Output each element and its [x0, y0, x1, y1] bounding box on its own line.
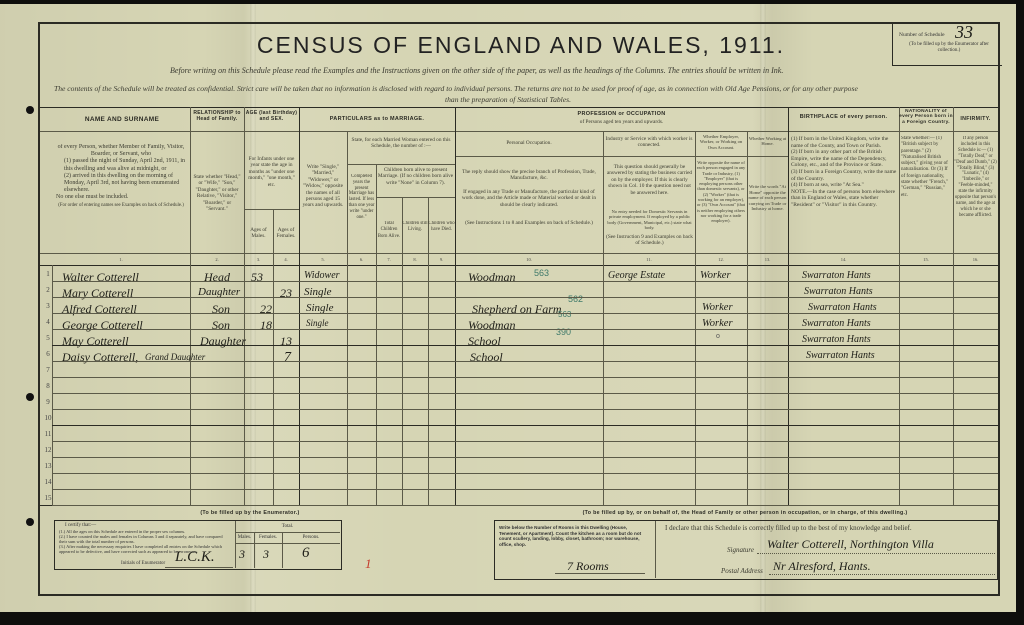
children-died-label: Children who have Died.: [428, 221, 455, 234]
col-divider: [603, 131, 604, 505]
enumerator-heading: (To be filled up by the Enumerator.): [100, 510, 400, 517]
row-4-name[interactable]: George Cotterell: [62, 318, 143, 333]
married-woman-desc: State, for each Married Woman entered on…: [348, 137, 454, 150]
punch-hole: [26, 518, 34, 526]
row-5-age-female[interactable]: 13: [280, 334, 292, 349]
row-number: 8: [42, 382, 54, 390]
heading-infirmity: INFIRMITY.: [953, 116, 998, 123]
row-rule: [52, 473, 998, 474]
header-top-rule: [40, 107, 998, 108]
head-of-family-box: Write below the Number of Rooms in this …: [494, 520, 998, 580]
row-6-name[interactable]: Daisy Cotterell,: [62, 350, 138, 365]
persons-label: Persons.: [282, 535, 340, 541]
row-rule: [52, 409, 998, 410]
col-divider: [788, 107, 789, 505]
totals-rule: [235, 532, 340, 533]
confidential-line-2: than the preparation of Statistical Tabl…: [445, 95, 571, 104]
personal-desc-3: (See Instructions 1 to 8 and Examples on…: [458, 220, 600, 226]
row-rule: [52, 505, 998, 506]
colnum-5: 5.: [299, 257, 347, 262]
row-rule: [52, 393, 998, 394]
row-rule: [52, 313, 998, 314]
colnum-13: 13.: [747, 257, 788, 262]
col-divider: [190, 107, 191, 505]
married-woman-rule: [347, 164, 455, 165]
enumerator-certificate-box: I certify that:— (1.) All the ages on th…: [54, 520, 342, 570]
profession-subheading: of Persons aged ten years and upwards.: [455, 119, 788, 125]
head-of-family-heading: (To be filled up by, or on behalf of, th…: [495, 510, 995, 517]
row-number: 2: [42, 286, 54, 294]
col-divider: [376, 164, 377, 505]
row-5-birthplace[interactable]: Swarraton Hants: [802, 334, 871, 345]
col-divider: [273, 209, 274, 505]
row-number: 10: [42, 414, 54, 422]
total-children-label: Total Children Born Alive.: [376, 221, 402, 240]
col-divider: [899, 107, 900, 505]
colnum-15: 15.: [899, 257, 953, 262]
row-number: 6: [42, 350, 54, 358]
rooms-instructions: Write below the Number of Rooms in this …: [499, 525, 649, 547]
address-line: [769, 574, 995, 575]
row-number: 7: [42, 366, 54, 374]
children-born-desc: Children born alive to present Marriage.…: [377, 167, 454, 186]
punch-hole: [26, 106, 34, 114]
infirmity-desc: If any person included in this Schedule …: [954, 136, 997, 219]
employer-label: Whether Employer, Worker, or Working on …: [696, 134, 746, 150]
heading-marriage: PARTICULARS as to MARRIAGE.: [299, 116, 455, 123]
row-4-occupation-code: 563: [558, 310, 571, 319]
children-rule: [376, 197, 455, 198]
postal-address-value[interactable]: Nr Alresford, Hants.: [773, 559, 871, 574]
row-rule: [52, 425, 998, 426]
row-number: 9: [42, 398, 54, 406]
row-5-occupation[interactable]: School: [468, 334, 501, 349]
row-number: 1: [42, 270, 54, 278]
row-rule: [52, 457, 998, 458]
home-label: Whether Working at Home.: [748, 136, 787, 147]
total-persons[interactable]: 6: [302, 545, 310, 562]
row-rule: [52, 361, 998, 362]
row-5-employer-mark: o: [716, 333, 720, 340]
row-4-age-male[interactable]: 18: [260, 318, 272, 333]
schedule-number-note: (To be filled up by the Enumerator after…: [899, 42, 999, 54]
signature-line: [757, 553, 995, 554]
row-5-name[interactable]: May Cotterell: [62, 334, 129, 349]
col-divider: [455, 107, 456, 505]
birthplace-desc: (1) If born in the United Kingdom, write…: [791, 136, 897, 209]
row-1-industry[interactable]: George Estate: [608, 270, 665, 281]
declaration-divider: [655, 521, 656, 578]
signature-value[interactable]: Walter Cotterell, Northington Villa: [767, 537, 934, 552]
declaration-text: I declare that this Schedule is correctl…: [665, 524, 912, 532]
red-check-mark: 1: [365, 556, 372, 572]
row-6-occupation[interactable]: School: [470, 350, 503, 365]
personal-desc-1: The reply should show the precise branch…: [458, 169, 600, 182]
colnum-4: 4.: [273, 257, 299, 262]
row-number: 5: [42, 334, 54, 342]
colnum-top-rule: [40, 253, 998, 254]
heading-rule: [40, 131, 998, 132]
enumerator-initials[interactable]: L.C.K.: [175, 549, 215, 566]
heading-birthplace: BIRTHPLACE of every person.: [788, 114, 899, 120]
data-top-rule: [40, 265, 998, 266]
total-females[interactable]: 3: [263, 547, 269, 562]
industry-desc-1: This question should generally be answer…: [606, 164, 693, 196]
row-3-occupation[interactable]: Shepherd on Farm: [472, 302, 562, 317]
row-rule: [52, 297, 998, 298]
row-1-birthplace[interactable]: Swarraton Hants: [802, 270, 871, 281]
colnum-9: 9.: [428, 257, 455, 262]
colnum-14: 14.: [788, 257, 899, 262]
colnum-16: 16.: [953, 257, 998, 262]
row-4-condition[interactable]: Single: [306, 318, 329, 328]
signature-label: Signature: [727, 546, 754, 554]
row-rule: [52, 377, 998, 378]
row-rule: [52, 345, 998, 346]
row-1-occupation[interactable]: Woodman: [468, 270, 516, 285]
personal-desc-2: If engaged in any Trade or Manufacture, …: [458, 189, 600, 208]
row-4-employer[interactable]: Worker: [702, 318, 733, 329]
name-desc: of every Person, whether Member of Famil…: [56, 144, 186, 209]
males-label: Males.: [235, 535, 254, 541]
colnum-7: 7.: [376, 257, 402, 262]
row-rule: [52, 441, 998, 442]
punch-hole: [26, 393, 34, 401]
row-1-name[interactable]: Walter Cotterell: [62, 270, 139, 285]
colnum-12: 12.: [695, 257, 747, 262]
row-2-birthplace[interactable]: Swarraton Hants: [804, 286, 873, 297]
row-6-birthplace[interactable]: Swarraton Hants: [806, 350, 875, 361]
ages-of-females-label: Ages of Females.: [273, 227, 299, 240]
initials-underline: [165, 567, 233, 568]
row-rule: [52, 329, 998, 330]
schedule-number-value[interactable]: 33: [955, 22, 973, 43]
nationality-desc: State whether:— (1) "British subject by …: [901, 136, 952, 199]
colnum-6: 6.: [347, 257, 376, 262]
industry-desc-2: No entry needed for Domestic Servants in…: [606, 209, 693, 231]
schedule-number-box: Number of Schedule 33 (To be filled up b…: [892, 22, 1002, 66]
condition-desc: Write "Single," "Married," "Widower," or…: [300, 164, 346, 209]
age-sub-rule: [244, 209, 300, 210]
industry-label: Industry or Service with which worker is…: [605, 136, 693, 149]
years-married-desc: Completed years the present Marriage has…: [348, 174, 375, 220]
row-number: 4: [42, 318, 54, 326]
row-6-age-female[interactable]: 7: [284, 350, 291, 366]
row-number: 13: [42, 462, 54, 470]
heading-name: NAME AND SURNAME: [54, 116, 190, 123]
total-males[interactable]: 3: [239, 547, 245, 562]
schedule-frame: CENSUS OF ENGLAND AND WALES, 1911. Befor…: [38, 22, 1000, 596]
colnum-8: 8.: [402, 257, 428, 262]
row-2-age-female[interactable]: 23: [280, 286, 292, 301]
document-title: CENSUS OF ENGLAND AND WALES, 1911.: [40, 32, 1002, 59]
heading-profession: PROFESSION or OCCUPATION: [455, 111, 788, 118]
col-divider: [402, 197, 403, 505]
row-1-condition[interactable]: Widower: [304, 270, 340, 281]
colnum-10: 10.: [455, 257, 603, 262]
row-4-birthplace[interactable]: Swarraton Hants: [802, 318, 871, 329]
row-2-name[interactable]: Mary Cotterell: [62, 286, 133, 301]
row-3-occupation-code: 562: [568, 294, 583, 304]
totals-rule: [235, 543, 340, 544]
confidential-line: The contents of the Schedule will be tre…: [54, 84, 858, 93]
females-label: Females.: [254, 535, 282, 541]
col-divider: [244, 107, 245, 505]
home-desc: Write the words "At Home" opposite the n…: [748, 184, 787, 212]
row-1-relationship[interactable]: Head: [204, 270, 230, 285]
instructions-line: Before writing on this Schedule please r…: [170, 66, 783, 75]
age-desc: For Infants under one year state the age…: [246, 156, 297, 188]
total-label: Total.: [235, 524, 340, 530]
row-5-relationship[interactable]: Daughter: [200, 334, 246, 349]
colnum-1: 1.: [52, 257, 190, 262]
colnum-11: 11.: [603, 257, 695, 262]
row-3-name[interactable]: Alfred Cotterell: [62, 302, 137, 317]
col-divider: [428, 197, 429, 505]
row-3-birthplace[interactable]: Swarraton Hants: [808, 302, 877, 313]
heading-nationality: NATIONALITY of every Person born in a Fo…: [899, 109, 953, 125]
row-3-relationship[interactable]: Son: [212, 302, 230, 317]
postal-address-label: Postal Address: [721, 567, 763, 575]
row-number: 15: [42, 494, 54, 502]
personal-occupation-label: Personal Occupation.: [456, 140, 602, 146]
row-rule: [52, 281, 998, 282]
row-number: 11: [42, 430, 54, 438]
heading-age: AGE (last Birthday) and SEX.: [244, 110, 299, 122]
initials-label: Initials of Enumerator: [121, 561, 165, 567]
ages-of-males-label: Ages of Males.: [244, 227, 273, 240]
row-number: 14: [42, 478, 54, 486]
colnum-3: 3.: [244, 257, 273, 262]
industry-desc-3: (See Instruction 9 and Examples on back …: [606, 234, 693, 247]
employer-desc: Write opposite the name of each person e…: [696, 160, 746, 224]
occupation-sub-rule: [455, 156, 788, 157]
row-3-employer[interactable]: Worker: [702, 302, 733, 313]
row-1-occupation-code: 563: [534, 268, 549, 278]
row-1-age-male[interactable]: 53: [251, 270, 263, 285]
relationship-desc: State whether "Head," or "Wife," "Son," …: [192, 174, 242, 212]
row-3-age-male[interactable]: 22: [260, 302, 272, 317]
colnum-2: 2.: [190, 257, 244, 262]
children-living-label: Children still Living.: [402, 221, 428, 234]
row-4-occupation[interactable]: Woodman: [468, 318, 516, 333]
row-1-employer[interactable]: Worker: [700, 270, 731, 281]
row-number: 3: [42, 302, 54, 310]
row-number: 12: [42, 446, 54, 454]
row-rule: [52, 489, 998, 490]
rooms-count[interactable]: 7 Rooms: [567, 559, 609, 574]
heading-relationship: RELATIONSHIP to Head of Family.: [190, 110, 244, 122]
row-4-relationship[interactable]: Son: [212, 318, 230, 333]
schedule-number-label: Number of Schedule: [899, 32, 945, 38]
